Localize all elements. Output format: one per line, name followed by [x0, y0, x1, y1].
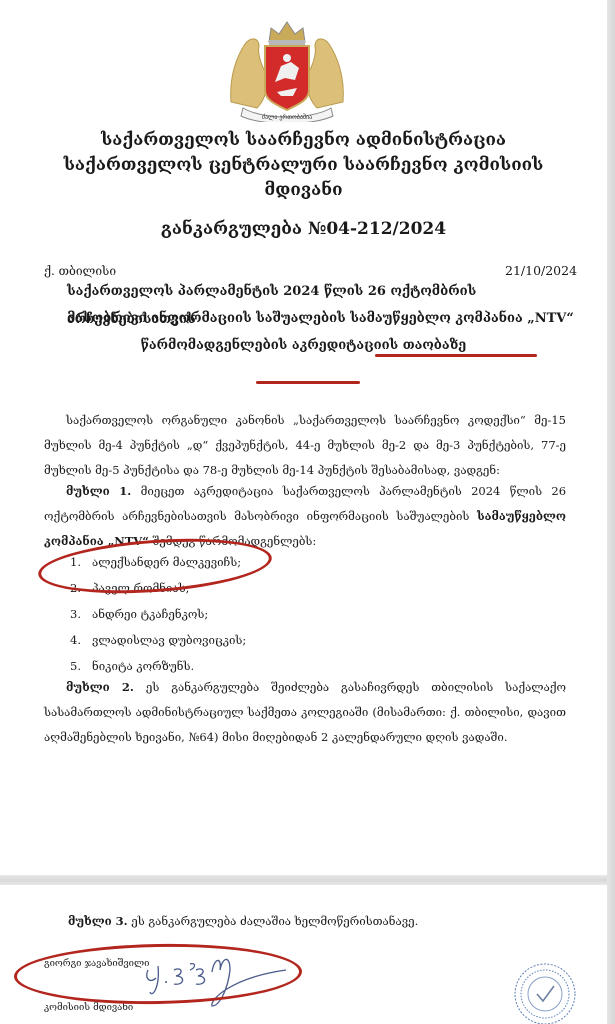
page-separator	[0, 875, 615, 885]
viewer-edge	[607, 0, 615, 1024]
header-administration: საქართველოს საარჩევნო ადმინისტრაცია	[0, 128, 607, 153]
preamble-text: საქართველოს ორგანული კანონის „საქართველო…	[44, 413, 566, 477]
subject-line-2: მასობრივი ინფორმაციის საშუალების სამაუწყ…	[40, 305, 580, 333]
georgian-coat-of-arms-icon: ძალა ერთობაშია	[223, 16, 351, 122]
svg-text:ძალა ერთობაშია: ძალა ერთობაშია	[262, 114, 312, 121]
electronic-seal-check-icon	[513, 962, 577, 1024]
preamble: საქართველოს ორგანული კანონის „საქართველო…	[44, 408, 566, 483]
article-3: მუხლი 3. ეს განკარგულება ძალაშია ხელმოწე…	[68, 914, 418, 928]
article-3-label: მუხლი 3.	[68, 914, 128, 928]
document-page-1: ძალა ერთობაშია საქართველოს საარჩევნო ადმ…	[0, 0, 607, 875]
list-number: 4.	[70, 627, 92, 653]
representative-name: ანდრეი ტკაჩენკოს;	[92, 601, 208, 627]
header-secretary: მდივანი	[0, 178, 607, 203]
highlight-underline-accreditation	[256, 381, 360, 384]
article-2-label: მუხლი 2.	[66, 680, 134, 694]
representative-name: ვლადისლავ დუბოვიცკის;	[92, 627, 246, 653]
decree-number: განკარგულება №04-212/2024	[0, 217, 607, 242]
article-2: მუხლი 2. ეს განკარგულება შეიძლება გასაჩი…	[44, 675, 566, 750]
article-3-text: ეს განკარგულება ძალაშია ხელმოწერისთანავე…	[128, 914, 419, 928]
place: ქ. თბილისი	[44, 264, 116, 278]
header-commission: საქართველოს ცენტრალური საარჩევნო კომისიი…	[0, 153, 607, 178]
article-1-label: მუხლი 1.	[66, 484, 131, 498]
date: 21/10/2024	[505, 263, 577, 278]
highlight-underline-company	[375, 354, 537, 357]
list-item: 4.ვლადისლავ დუბოვიცკის;	[70, 627, 246, 653]
signer-role: კომისიის მდივანი	[44, 1002, 133, 1013]
list-number: 3.	[70, 601, 92, 627]
list-item: 3.ანდრეი ტკაჩენკოს;	[70, 601, 246, 627]
